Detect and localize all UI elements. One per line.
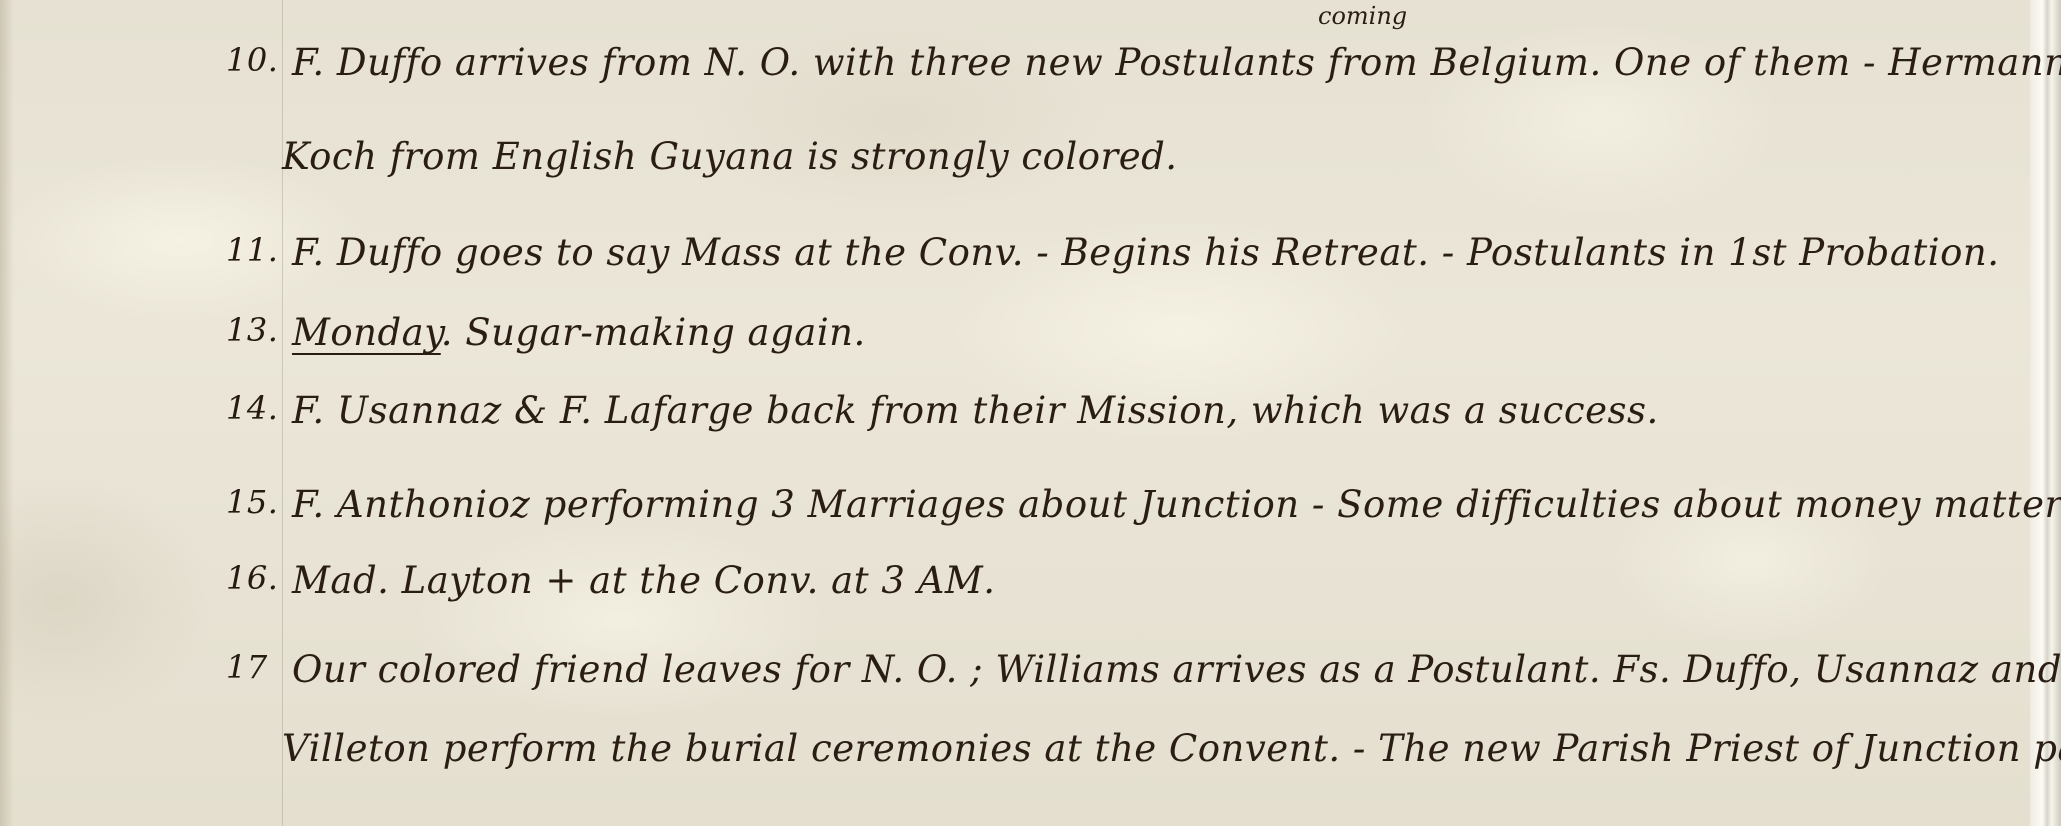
entry-text: F. Anthonioz performing 3 Marriages abou…	[292, 483, 2061, 526]
entry-day: 13.	[226, 311, 286, 349]
entry-text: . Sugar-making again.	[441, 311, 866, 354]
entry-text: Our colored friend leaves for N. O. ; Wi…	[292, 648, 2061, 691]
entry-text-group: Monday. Sugar-making again.	[292, 311, 866, 354]
entry-day: 11.	[226, 231, 286, 269]
entry-text: Koch from English Guyana is strongly col…	[282, 135, 1178, 178]
entry-text: F. Usannaz & F. Lafarge back from their …	[292, 389, 1659, 432]
entry-text: Villeton perform the burial ceremonies a…	[282, 727, 2061, 770]
entry-text: Mad. Layton + at the Conv. at 3 AM.	[292, 559, 996, 602]
entry-day: 16.	[226, 559, 286, 597]
entry-weekday: Monday	[292, 311, 441, 354]
entry-text: F. Duffo goes to say Mass at the Conv. -…	[292, 231, 1999, 274]
diary-entries: coming 10. F. Duffo arrives from N. O. w…	[0, 0, 2030, 826]
entry-day: 10.	[226, 41, 286, 79]
interlinear-insertion: coming	[1318, 2, 1407, 30]
entry-text: F. Duffo arrives from N. O. with three n…	[292, 41, 2061, 84]
entry-day: 17	[226, 648, 286, 686]
entry-day: 14.	[226, 389, 286, 427]
entry-day: 15.	[226, 483, 286, 521]
page-right-edge	[2030, 0, 2061, 826]
manuscript-page: coming 10. F. Duffo arrives from N. O. w…	[0, 0, 2061, 826]
